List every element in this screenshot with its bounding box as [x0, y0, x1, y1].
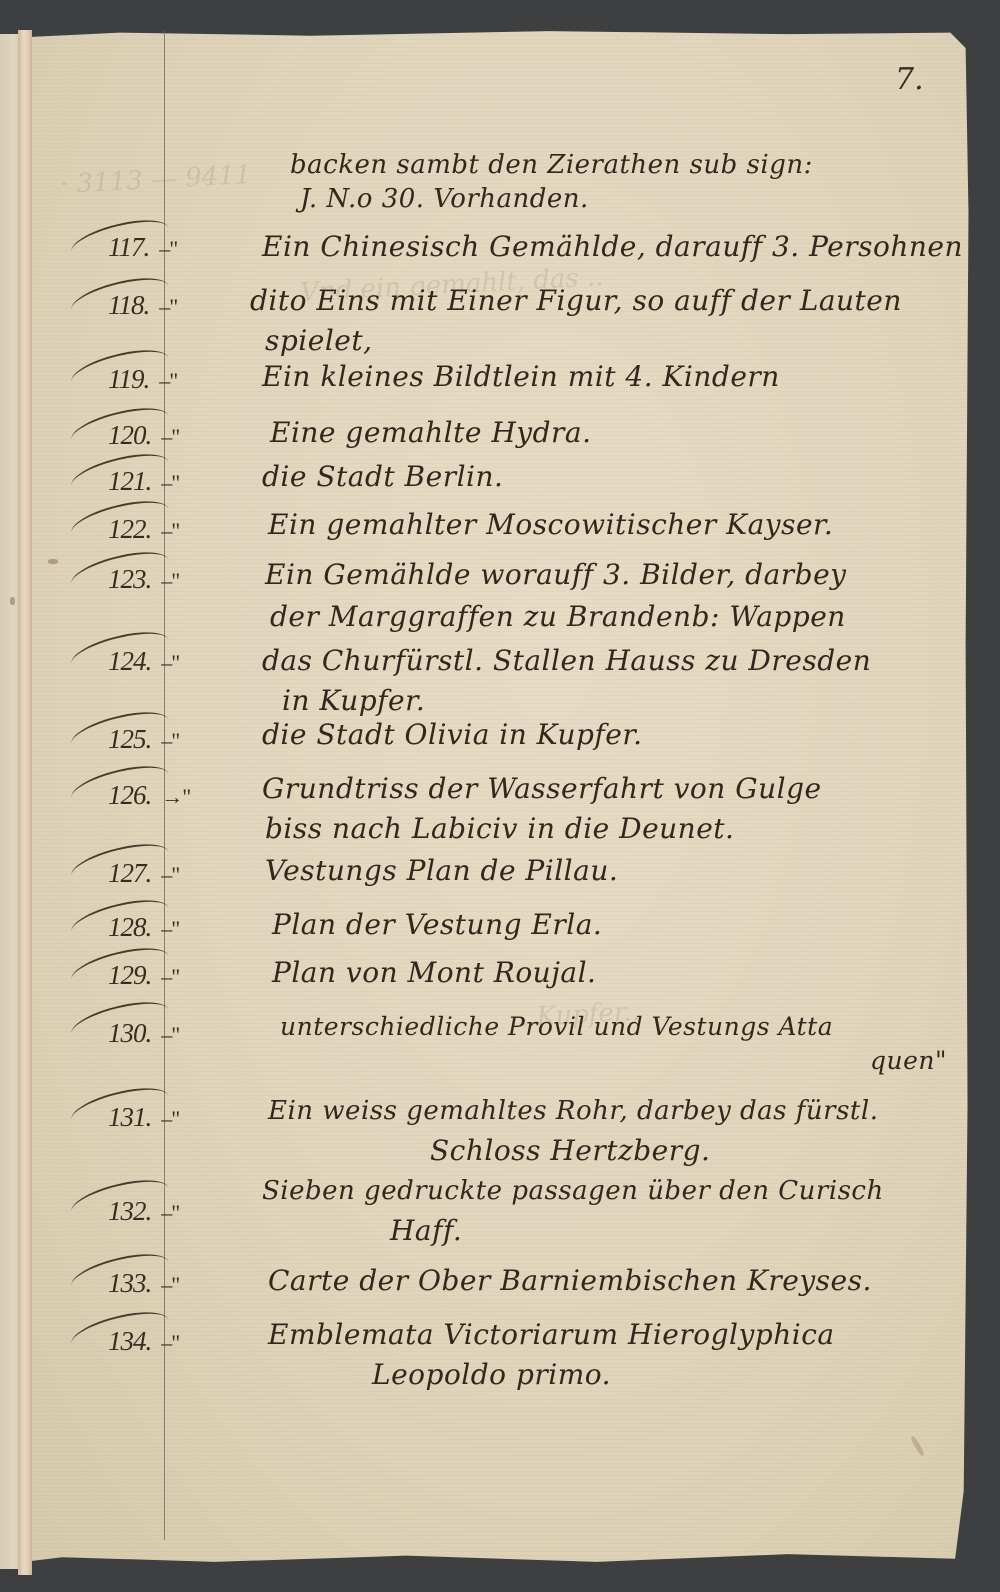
entry-text: Ein Chinesisch Gemählde, darauff 3. Pers… — [262, 230, 963, 263]
entry-text: Ein weiss gemahltes Rohr, darbey das für… — [268, 1096, 878, 1126]
entry-number: 130.–" — [108, 1018, 179, 1049]
entry-text: Carte der Ober Barniembischen Kreyses. — [268, 1264, 872, 1297]
entry-text: die Stadt Berlin. — [262, 460, 503, 493]
entry-number: 127.–" — [108, 858, 179, 889]
entry-number: 132.–" — [108, 1196, 179, 1227]
continuation-line: J. N.o 30. Vorhanden. — [300, 184, 589, 214]
continuation-line: backen sambt den Zierathen sub sign: — [290, 150, 813, 180]
entry-number: 131.–" — [108, 1102, 179, 1133]
entry-number: 125.–" — [108, 724, 179, 755]
entry-text: biss nach Labiciv in die Deunet. — [265, 812, 734, 845]
entry-number: 134.–" — [108, 1326, 179, 1357]
entry-text: Grundtriss der Wasserfahrt von Gulge — [262, 772, 822, 805]
entry-number: 129.–" — [108, 960, 179, 991]
entry-number: 126.→" — [108, 780, 190, 811]
entry-text: Ein gemahlter Moscowitischer Kayser. — [268, 508, 833, 541]
entry-text: Ein kleines Bildtlein mit 4. Kindern — [262, 360, 780, 393]
entry-number: 118.–" — [108, 290, 177, 321]
entry-number: 123.–" — [108, 564, 179, 595]
inventory-list: backen sambt den Zierathen sub sign: J. … — [0, 0, 1000, 1592]
entry-number: 121.–" — [108, 466, 179, 497]
entry-text: spielet, — [265, 324, 373, 357]
entry-text: unterschiedliche Provil und Vestungs Att… — [280, 1012, 833, 1041]
entry-number: 133.–" — [108, 1268, 179, 1299]
entry-text: der Marggraffen zu Brandenb: Wappen — [270, 600, 846, 633]
entry-text: Leopoldo primo. — [372, 1358, 611, 1391]
entry-text: Ein Gemählde worauff 3. Bilder, darbey — [265, 558, 846, 591]
entry-text: Emblemata Victoriarum Hieroglyphica — [268, 1318, 835, 1351]
entry-text: Plan der Vestung Erla. — [272, 908, 602, 941]
entry-text: Sieben gedruckte passagen über den Curis… — [262, 1176, 884, 1206]
entry-text: Plan von Mont Roujal. — [272, 956, 596, 989]
entry-number: 122.–" — [108, 514, 179, 545]
entry-number: 124.–" — [108, 646, 179, 677]
entry-text: quen" — [870, 1046, 947, 1075]
entry-text: die Stadt Olivia in Kupfer. — [262, 718, 643, 751]
entry-number: 119.–" — [108, 364, 177, 395]
entry-text: Eine gemahlte Hydra. — [270, 416, 592, 449]
entry-text: das Churfürstl. Stallen Hauss zu Dresden — [262, 644, 871, 677]
entry-number: 120.–" — [108, 420, 179, 451]
entry-number: 117.–" — [108, 232, 177, 263]
entry-number: 128.–" — [108, 912, 179, 943]
entry-text: Schloss Hertzberg. — [430, 1134, 710, 1167]
manuscript-scan: · 3113 — 9411 Vnd ein gemahlt, das .. ..… — [0, 0, 1000, 1592]
entry-text: Vestungs Plan de Pillau. — [265, 854, 618, 887]
entry-text: Haff. — [390, 1214, 462, 1247]
entry-text: dito Eins mit Einer Figur, so auff der L… — [250, 284, 902, 317]
entry-text: in Kupfer. — [282, 684, 425, 717]
